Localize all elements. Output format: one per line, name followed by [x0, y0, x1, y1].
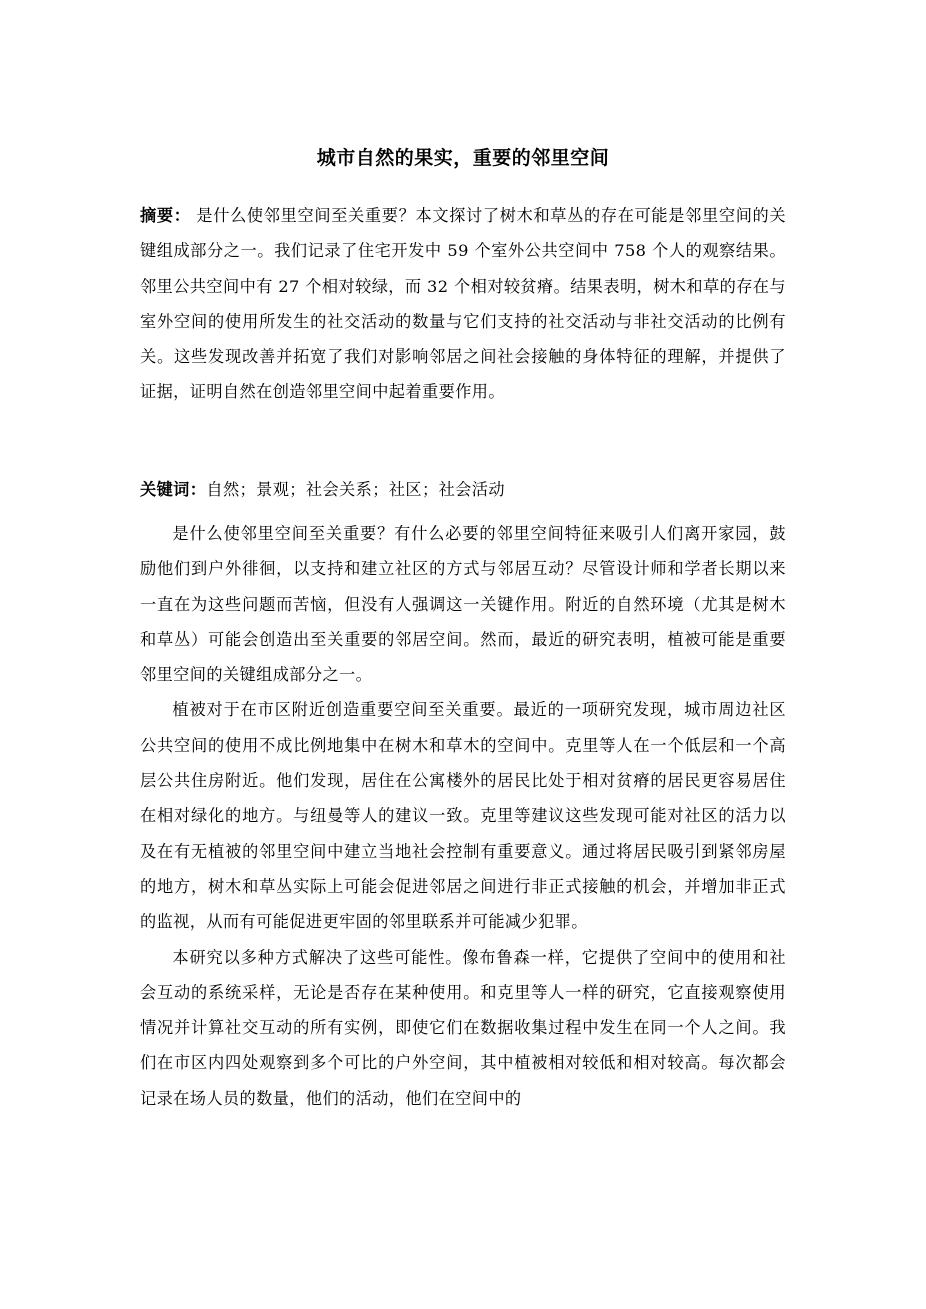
body-paragraph-2: 植被对于在市区附近创造重要空间至关重要。最近的一项研究发现，城市周边社区公共空间… — [140, 692, 786, 939]
abstract-section: 摘要： 是什么使邻里空间至关重要？本文探讨了树木和草丛的存在可能是邻里空间的关键… — [140, 198, 786, 410]
body-text: 是什么使邻里空间至关重要？有什么必要的邻里空间特征来吸引人们离开家园，鼓励他们到… — [140, 516, 786, 1116]
keywords-text: 自然；景观；社会关系；社区；社会活动 — [206, 480, 505, 499]
abstract-label: 摘要： — [140, 206, 191, 225]
body-paragraph-1: 是什么使邻里空间至关重要？有什么必要的邻里空间特征来吸引人们离开家园，鼓励他们到… — [140, 516, 786, 692]
keywords-section: 关键词：自然；景观；社会关系；社区；社会活动 — [140, 472, 786, 507]
abstract-text: 是什么使邻里空间至关重要？本文探讨了树木和草丛的存在可能是邻里空间的关键组成部分… — [140, 206, 786, 401]
keywords-label: 关键词： — [140, 480, 206, 499]
body-paragraph-3: 本研究以多种方式解决了这些可能性。像布鲁森一样，它提供了空间中的使用和社会互动的… — [140, 940, 786, 1116]
paper-title: 城市自然的果实，重要的邻里空间 — [140, 145, 786, 171]
